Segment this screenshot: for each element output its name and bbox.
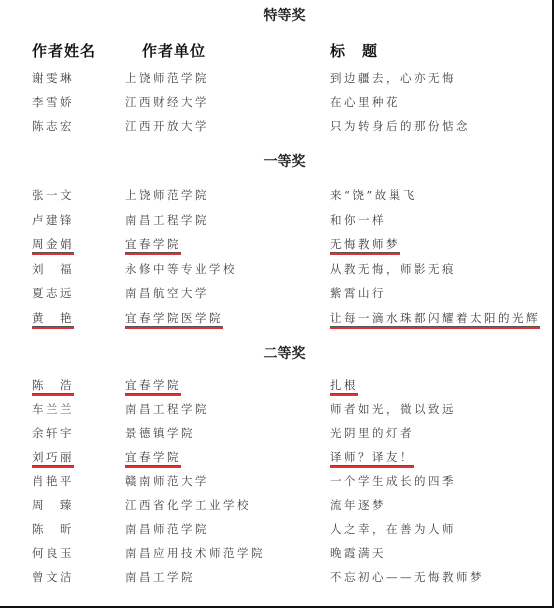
section-heading-first-prize: 一等奖 — [0, 151, 554, 171]
table-row: 李雪娇 江西财经大学 在心里种花 — [0, 94, 554, 114]
section-heading-second-prize: 二等奖 — [0, 343, 554, 363]
author-name: 车兰兰 — [32, 401, 74, 417]
author-unit: 赣南师范大学 — [125, 473, 209, 489]
author-name: 黄 艳 — [32, 310, 74, 327]
table-row: 刘 福 永修中等专业学校 从教无悔，师影无痕 — [0, 261, 554, 281]
author-name: 刘 福 — [32, 261, 74, 277]
work-title: 流年逐梦 — [330, 497, 386, 513]
author-name: 夏志远 — [32, 285, 74, 301]
author-name: 卢建锋 — [32, 212, 74, 228]
author-unit: 南昌工程学院 — [125, 401, 209, 417]
work-title: 不忘初心——无悔教师梦 — [330, 569, 484, 585]
work-title: 人之幸，在善为人师 — [330, 521, 456, 537]
work-title: 只为转身后的那份惦念 — [330, 118, 470, 134]
work-title: 师者如光，微以致远 — [330, 401, 456, 417]
table-row: 曾文洁 南昌工学院 不忘初心——无悔教师梦 — [0, 569, 554, 589]
author-name: 谢雯琳 — [32, 70, 74, 86]
work-title: 到边疆去，心亦无悔 — [330, 70, 456, 86]
author-unit: 上饶师范学院 — [125, 70, 209, 86]
work-title: 让每一滴水珠都闪耀着太阳的光辉 — [330, 310, 540, 327]
author-unit: 景德镇学院 — [125, 425, 195, 441]
table-row: 陈志宏 江西开放大学 只为转身后的那份惦念 — [0, 118, 554, 138]
work-title: 来“饶”故巢飞 — [330, 187, 417, 203]
table-row: 张一文 上饶师范学院 来“饶”故巢飞 — [0, 187, 554, 207]
column-header-title: 标 题 — [330, 40, 378, 61]
author-name: 曾文洁 — [32, 569, 74, 585]
author-unit: 南昌工学院 — [125, 569, 195, 585]
table-row-marked: 陈 浩 宜春学院 扎根 — [0, 377, 554, 397]
work-title: 无悔教师梦 — [330, 236, 400, 253]
table-row-marked: 刘巧丽 宜春学院 译师？译友！ — [0, 449, 554, 469]
table-row-marked: 黄 艳 宜春学院医学院 让每一滴水珠都闪耀着太阳的光辉 — [0, 310, 554, 330]
author-name: 周金娟 — [32, 236, 74, 253]
work-title: 从教无悔，师影无痕 — [330, 261, 456, 277]
author-name: 刘巧丽 — [32, 449, 74, 466]
column-header-author-unit: 作者单位 — [142, 40, 206, 61]
author-unit: 宜春学院医学院 — [125, 310, 223, 327]
author-unit: 江西省化学工业学校 — [125, 497, 251, 513]
author-name: 陈 浩 — [32, 377, 74, 394]
table-row: 卢建锋 南昌工程学院 和你一样 — [0, 212, 554, 232]
work-title: 扎根 — [330, 377, 358, 394]
work-title: 和你一样 — [330, 212, 386, 228]
table-row: 谢雯琳 上饶师范学院 到边疆去，心亦无悔 — [0, 70, 554, 90]
author-unit: 南昌师范学院 — [125, 521, 209, 537]
author-unit: 江西开放大学 — [125, 118, 209, 134]
work-title: 一个学生成长的四季 — [330, 473, 456, 489]
section-heading-special-prize: 特等奖 — [0, 5, 554, 25]
author-name: 李雪娇 — [32, 94, 74, 110]
author-name: 陈志宏 — [32, 118, 74, 134]
author-name: 肖艳平 — [32, 473, 74, 489]
author-name: 周 臻 — [32, 497, 74, 513]
author-unit: 南昌航空大学 — [125, 285, 209, 301]
work-title: 光阴里的灯者 — [330, 425, 414, 441]
table-row: 车兰兰 南昌工程学院 师者如光，微以致远 — [0, 401, 554, 421]
author-unit: 上饶师范学院 — [125, 187, 209, 203]
column-header-author-name: 作者姓名 — [32, 40, 96, 61]
author-name: 何良玉 — [32, 545, 74, 561]
award-list-page: 特等奖 作者姓名 作者单位 标 题 谢雯琳 上饶师范学院 到边疆去，心亦无悔 李… — [0, 0, 554, 608]
table-row: 夏志远 南昌航空大学 紫霄山行 — [0, 285, 554, 305]
author-name: 陈 昕 — [32, 521, 74, 537]
author-unit: 宜春学院 — [125, 377, 181, 394]
work-title: 紫霄山行 — [330, 285, 386, 301]
author-name: 余轩宇 — [32, 425, 74, 441]
author-name: 张一文 — [32, 187, 74, 203]
table-row: 何良玉 南昌应用技术师范学院 晚霞满天 — [0, 545, 554, 565]
author-unit: 宜春学院 — [125, 449, 181, 466]
author-unit: 永修中等专业学校 — [125, 261, 237, 277]
table-row: 肖艳平 赣南师范大学 一个学生成长的四季 — [0, 473, 554, 493]
author-unit: 江西财经大学 — [125, 94, 209, 110]
work-title: 在心里种花 — [330, 94, 400, 110]
table-row-marked: 周金娟 宜春学院 无悔教师梦 — [0, 236, 554, 256]
table-row: 余轩宇 景德镇学院 光阴里的灯者 — [0, 425, 554, 445]
author-unit: 南昌应用技术师范学院 — [125, 545, 265, 561]
author-unit: 宜春学院 — [125, 236, 181, 253]
author-unit: 南昌工程学院 — [125, 212, 209, 228]
work-title: 晚霞满天 — [330, 545, 386, 561]
table-row: 陈 昕 南昌师范学院 人之幸，在善为人师 — [0, 521, 554, 541]
table-row: 周 臻 江西省化学工业学校 流年逐梦 — [0, 497, 554, 517]
work-title: 译师？译友！ — [330, 449, 414, 466]
